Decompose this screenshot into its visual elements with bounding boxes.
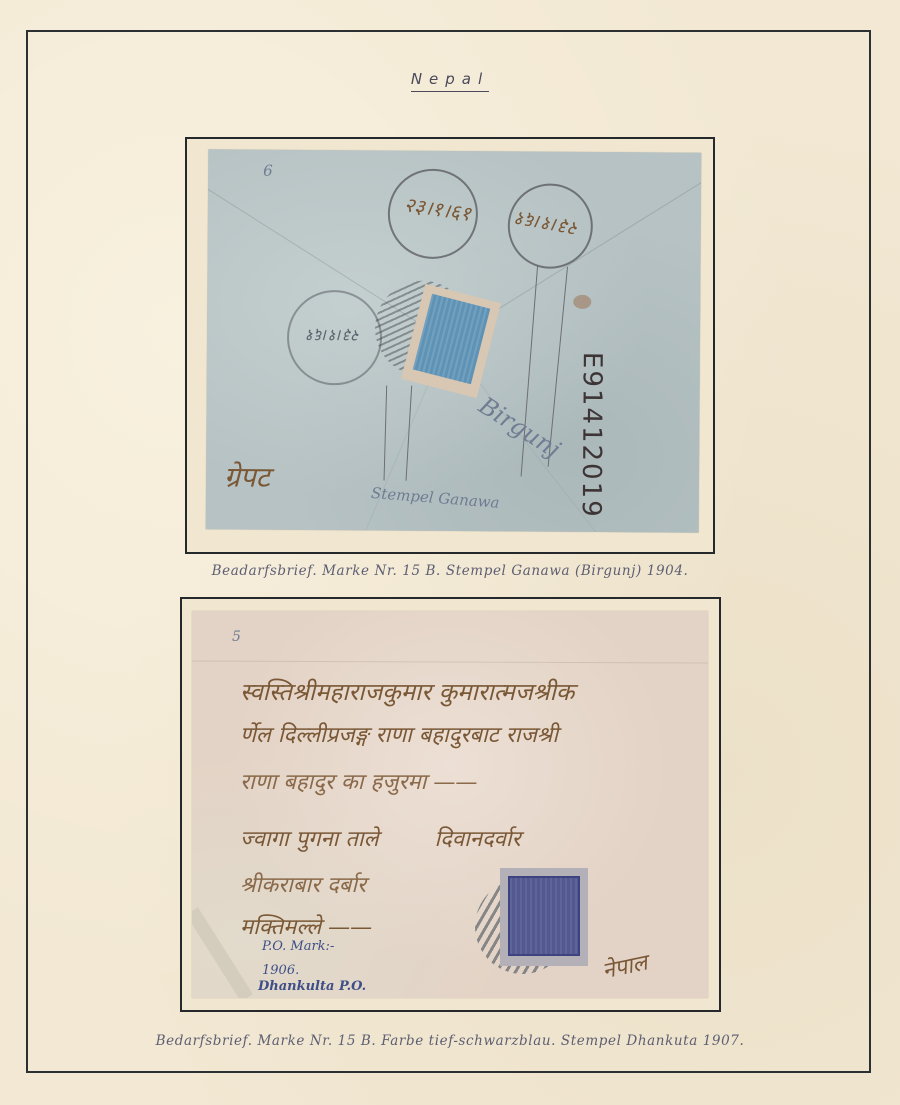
address-line-1: स्वस्तिश्रीमहाराजकुमार कुमारात्मजश्रीक <box>240 675 574 708</box>
pencil-note-po-mark: P.O. Mark:- <box>262 939 334 954</box>
address-line-5: श्रीकराबार दर्बार <box>240 869 366 899</box>
cover-front-dhankuta[interactable]: 5 स्वस्तिश्रीमहाराजकुमार कुमारात्मजश्रीक… <box>192 611 708 998</box>
number-mark: 6 <box>263 162 273 180</box>
address-line-4: ज्वागा पुगना ताले दिवानदर्वार <box>240 823 521 853</box>
address-line-3: राणा बहादुर का हजुरमा —— <box>240 766 477 796</box>
caption-item-2: Bedarfsbrief. Marke Nr. 15 B. Farbe tief… <box>0 1033 900 1049</box>
cover-mount-1: २३।१।६१ २३।१।६१ २३।१।६१ 6 E91412019 Birg… <box>185 137 715 554</box>
vertical-annotation: E91412019 <box>576 352 607 519</box>
address-line-2: र्णेल दिल्लीप्रजङ्ग राणा बहादुरबाट राजश्… <box>240 719 558 749</box>
postmark-3-date: २३।१।६१ <box>307 325 361 347</box>
stamp-15b-schwarzblau[interactable] <box>500 868 588 966</box>
pencil-note-place: Dhankulta P.O. <box>258 979 366 994</box>
number-mark: 5 <box>232 629 241 645</box>
caption-item-1: Beadarfsbrief. Marke Nr. 15 B. Stempel G… <box>0 563 900 579</box>
cover-mount-2: 5 स्वस्तिश्रीमहाराजकुमार कुमारात्मजश्रीक… <box>180 597 721 1012</box>
address-line-6: मक्तिमल्ले —— <box>240 911 372 941</box>
page-title: Nepal <box>0 70 900 88</box>
devanagari-note: ग्रेपट <box>224 457 270 495</box>
cover-reverse-birgunj[interactable]: २३।१।६१ २३।१।६१ २३।१।६१ 6 E91412019 Birg… <box>206 149 702 532</box>
pencil-note-year: 1906. <box>262 963 299 978</box>
